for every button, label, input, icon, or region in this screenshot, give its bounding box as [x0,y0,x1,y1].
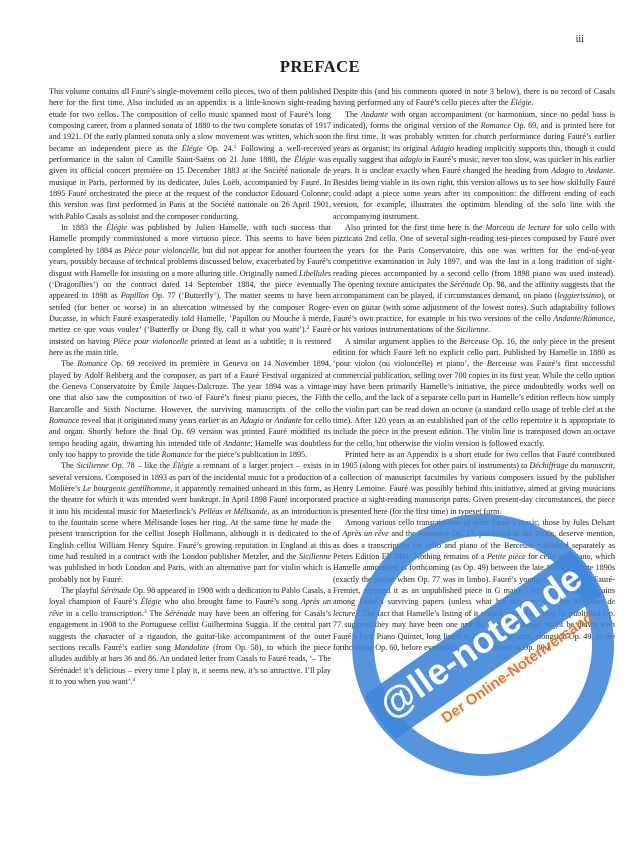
paragraph: The Andante with organ accompaniment (or… [333,109,615,222]
page-title: PREFACE [0,57,640,77]
paragraph: Also printed for the first time here is … [333,222,615,335]
paragraph: The playful Sérénade Op. 98 appeared in … [49,585,331,687]
paragraph: This volume contains all Fauré’s single-… [49,86,331,222]
page-number: iii [576,34,584,45]
right-column: Despite this (and his comments quoted in… [333,86,615,653]
paragraph: A similar argument applies to the Berceu… [333,336,615,449]
paragraph: Printed here as an Appendix is a short e… [333,449,615,517]
paragraph: The Romance Op. 69 received its première… [49,358,331,460]
paragraph: Among various cello transcriptions of ot… [333,517,615,653]
paragraph: Despite this (and his comments quoted in… [333,86,615,109]
paragraph: In 1883 the Élégie was published by Juli… [49,222,331,358]
left-column: This volume contains all Fauré’s single-… [49,86,331,687]
paragraph: The Sicilienne Op. 78 – like the Élégie … [49,460,331,585]
